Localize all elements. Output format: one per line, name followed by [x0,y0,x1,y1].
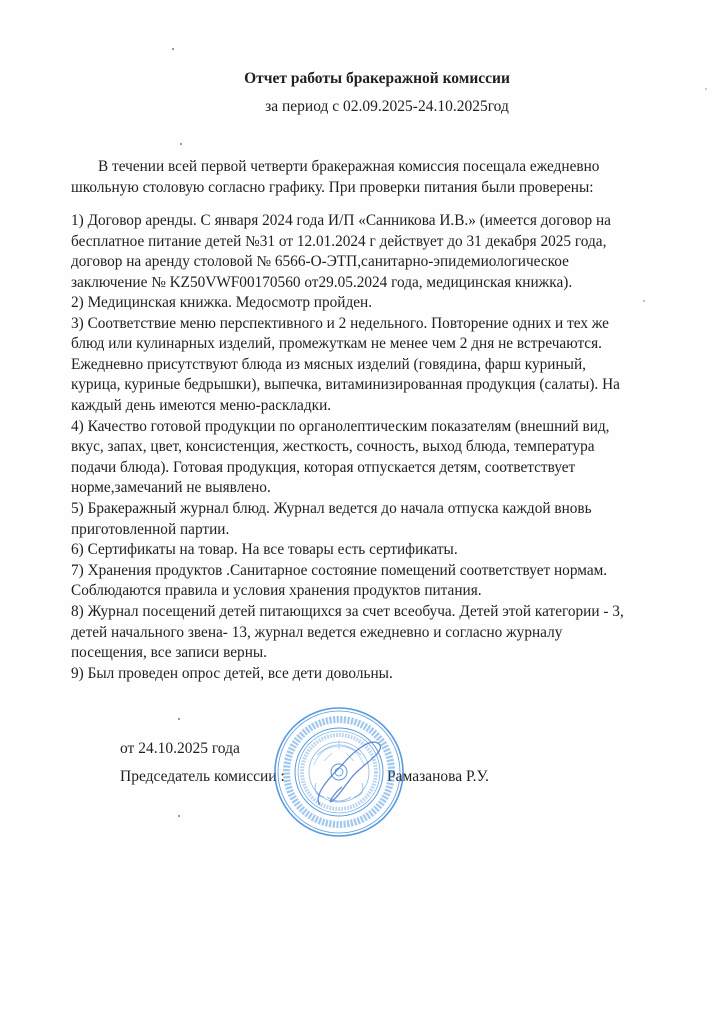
text-line: Соблюдаются правила и условия хранения п… [71,581,711,602]
text-line: детей начального звена- 13, журнал ведет… [71,623,711,644]
intro-paragraph: В течении всей первой четверти бракеражн… [71,157,711,198]
list-item-1: 1) Договор аренды. С января 2024 года И/… [71,211,711,293]
document-page: Отчет работы бракеражной комиссии за пер… [0,0,724,1024]
report-date: от 24.10.2025 года [120,740,240,758]
scan-speck [180,143,182,145]
text-line: 7) Хранения продуктов .Санитарное состоя… [71,561,711,582]
text-line: каждый день имеются меню-раскладки. [71,396,711,417]
text-line: приготовленной партии. [71,520,711,541]
document-subtitle: за период с 02.09.2025-24.10.2025год [0,98,724,116]
text-line: 2) Медицинская книжка. Медосмотр пройден… [71,293,711,314]
scan-speck [178,718,180,720]
text-line: школьную столовую согласно графику. При … [71,178,711,199]
text-line: 4) Качество готовой продукции по органол… [71,417,711,438]
text-line: В течении всей первой четверти бракеражн… [71,157,711,178]
text-line: курица, куриные бедрышки), выпечка, вита… [71,375,711,396]
text-line: 6) Сертификаты на товар. На все товары е… [71,540,711,561]
text-line: Ежедневно присутствуют блюда из мясных и… [71,355,711,376]
list-items-2-9: 2) Медицинская книжка. Медосмотр пройден… [71,293,711,684]
signer-role: Председатель комиссии : [120,768,285,786]
text-line: блюд или кулинарных изделий, промежуткам… [71,334,711,355]
scan-speck [705,88,707,90]
text-line: подачи блюда). Готовая продукция, котора… [71,458,711,479]
scan-speck [643,300,645,302]
text-line: договор на аренду столовой № 6566-О-ЭТП,… [71,252,711,273]
text-line: 9) Был проведен опрос детей, все дети до… [71,664,711,685]
scan-speck [178,815,180,817]
scan-speck [172,48,174,50]
text-line: норме,замечаний не выявлено. [71,478,711,499]
text-line: 3) Соответствие меню перспективного и 2 … [71,314,711,335]
text-line: 8) Журнал посещений детей питающихся за … [71,602,711,623]
text-line: 1) Договор аренды. С января 2024 года И/… [71,211,711,232]
text-line: посещения, все записи верны. [71,643,711,664]
text-line: 5) Бракеражный журнал блюд. Журнал ведет… [71,499,711,520]
text-line: бесплатное питание детей №31 от 12.01.20… [71,232,711,253]
official-stamp-icon [272,705,406,839]
text-line: вкус, запах, цвет, консистенция, жесткос… [71,437,711,458]
text-line: заключение № KZ50VWF00170560 от29.05.202… [71,273,711,294]
document-title: Отчет работы бракеражной комиссии [0,70,724,88]
